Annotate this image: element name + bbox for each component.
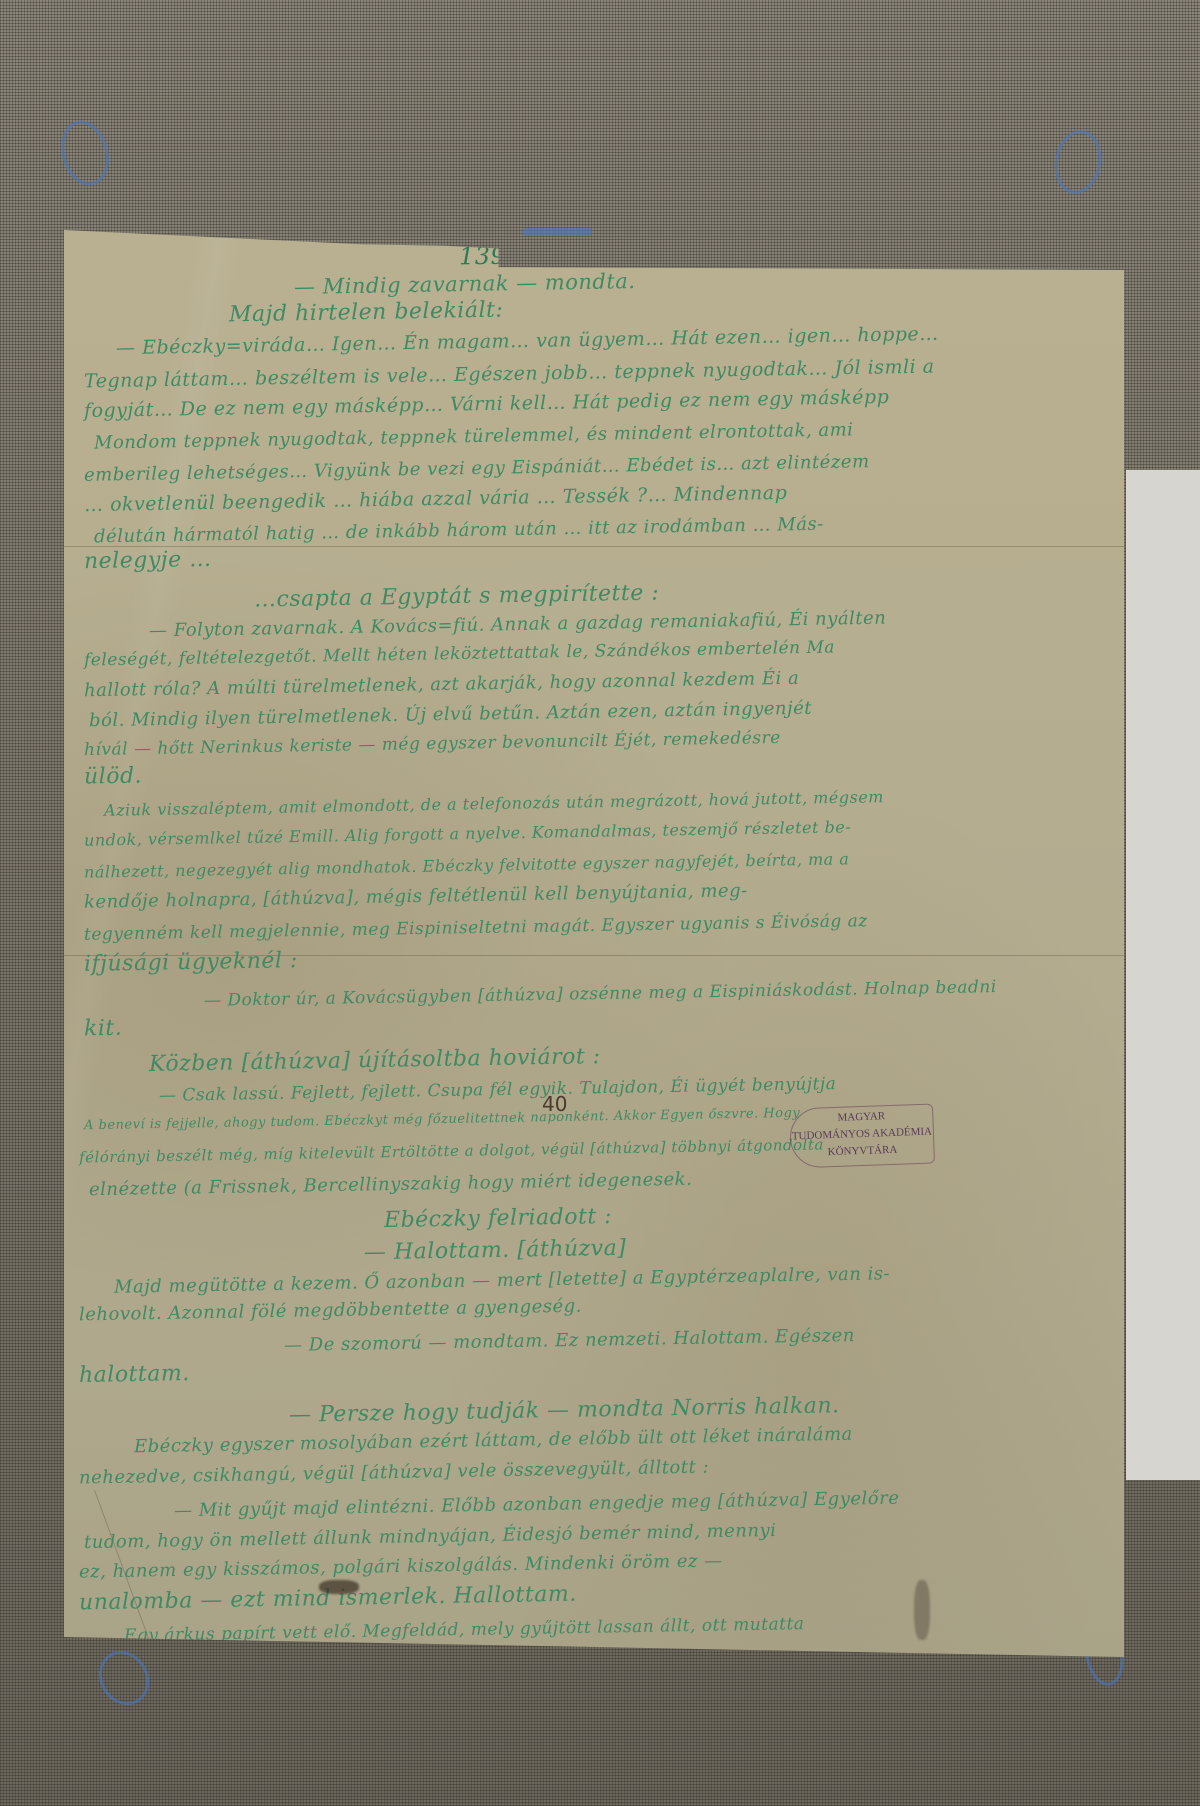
manuscript-line: A beneví is fejjelle, ahogy tudom. Ebécz… [84, 1106, 800, 1133]
manuscript-line: Közben [áthúzva] újításoltba hoviárot : [149, 1044, 601, 1077]
manuscript-line: — Csak lassú. Fejlett, fejlett. Csupa fé… [159, 1074, 837, 1106]
manuscript-line: Ebéczky egyszer mosolyában ezért láttam,… [134, 1424, 853, 1458]
manuscript-line: hallott róla? A múlti türelmetlenek, azt… [84, 668, 800, 701]
manuscript-line: — Ebéczky=viráda… Igen… Én magam… van üg… [116, 323, 939, 359]
manuscript-line: Ebéczky felriadott : [384, 1204, 613, 1233]
manuscript-line: ülöd. [84, 763, 142, 789]
manuscript-line: Majd hirtelen belekiált: [229, 298, 504, 328]
manuscript-line: Egy árkus papírt vett elő. Megfeldád, me… [124, 1614, 805, 1646]
manuscript-line: halottam. [79, 1361, 190, 1388]
fold-crease-upper [64, 546, 1124, 547]
blue-pencil-mark-left-top [54, 115, 116, 191]
manuscript-line: kit. [84, 1016, 123, 1042]
manuscript-line: kendője holnapra, [áthúzva], mégis felté… [84, 880, 748, 913]
manuscript-line: hívál — hőtt Nerinkus keriste — még egys… [84, 728, 781, 760]
manuscript-line: … okvetlenül beengedik … hiába azzal vár… [84, 482, 788, 516]
manuscript-line: …csapta a Egyptát s megpirítette : [254, 580, 660, 612]
manuscript-line: félórányi beszélt még, míg kitelevült Er… [79, 1136, 824, 1167]
manuscript-line: tegyenném kell megjelennie, meg Eispinis… [84, 911, 868, 945]
manuscript-line: lehovolt. Azonnal fölé megdöbbentette a … [79, 1296, 582, 1326]
blue-pencil-mark-left-bottom [89, 1642, 159, 1714]
manuscript-line: feleségét, feltételezgetőt. Mellt héten … [84, 637, 835, 670]
manuscript-line: nelegyje … [84, 547, 212, 574]
manuscript-line: — De szomorú — mondtam. Ez nemzeti. Halo… [284, 1325, 855, 1356]
manuscript-line: fogyját… De ez nem egy másképp… Várni ke… [84, 386, 890, 422]
manuscript-page: 139 — Mindig zavarnak — mondta. Majd hir… [64, 230, 1124, 1657]
manuscript-line: tudom, hogy ön mellett állunk mindnyájan… [84, 1520, 777, 1553]
manuscript-line: nálhezett, negezegyét alig mondhatok. Eb… [84, 849, 850, 881]
manuscript-line: — Mindig zavarnak — mondta. [294, 269, 636, 299]
blue-pencil-mark-right-top [1050, 126, 1106, 197]
ink-blot [319, 1580, 359, 1594]
manuscript-line: Majd megütötte a kezem. Ő azonban — mert… [114, 1263, 890, 1298]
manuscript-line: ból. Mindig ilyen türelmetlenek. Új elvű… [89, 698, 812, 732]
page-number: 139 [459, 242, 507, 271]
manuscript-line: ez, hanem egy kisszámos, polgári kiszolg… [79, 1550, 723, 1582]
manuscript-line: — Persze hogy tudják — mondta Norris hal… [289, 1393, 840, 1428]
manuscript-line: elnézette (a Frissnek, Bercellinyszakig … [89, 1169, 693, 1201]
gray-backing-strip [1126, 470, 1200, 1480]
manuscript-line: — Halottam. [áthúzva] [364, 1236, 627, 1266]
manuscript-line: emberileg lehetséges… Vigyünk be vezi eg… [84, 451, 870, 486]
manuscript-line: — Doktor úr, a Kovácsügyben [áthúzva] oz… [204, 977, 997, 1011]
manuscript-line: — Folyton zavarnak. A Kovács=fiú. Annak … [149, 608, 887, 642]
ink-blot [914, 1580, 930, 1640]
manuscript-line: — Mit gyűjt majd elintézni. Előbb azonba… [174, 1488, 900, 1522]
library-stamp: MAGYAR TUDOMÁNYOS AKADÉMIA KÖNYVTÁRA [789, 1104, 935, 1169]
manuscript-line: undok, vérsemlkel tűzé Emill. Alig forgo… [84, 817, 851, 849]
manuscript-line: ifjúsági ügyeknél : [84, 948, 298, 977]
manuscript-line: Aziuk visszaléptem, amit elmondott, de a… [104, 787, 884, 820]
pencil-folio-number: 40 [542, 1092, 567, 1116]
manuscript-line: délután hármatól hatig … de inkább három… [94, 514, 824, 548]
manuscript-line: nehezedve, csikhangú, végül [áthúzva] ve… [79, 1457, 709, 1489]
manuscript-line: Mondom teppnek nyugodtak, teppnek türele… [94, 419, 854, 453]
blue-smudge-top [522, 228, 592, 236]
